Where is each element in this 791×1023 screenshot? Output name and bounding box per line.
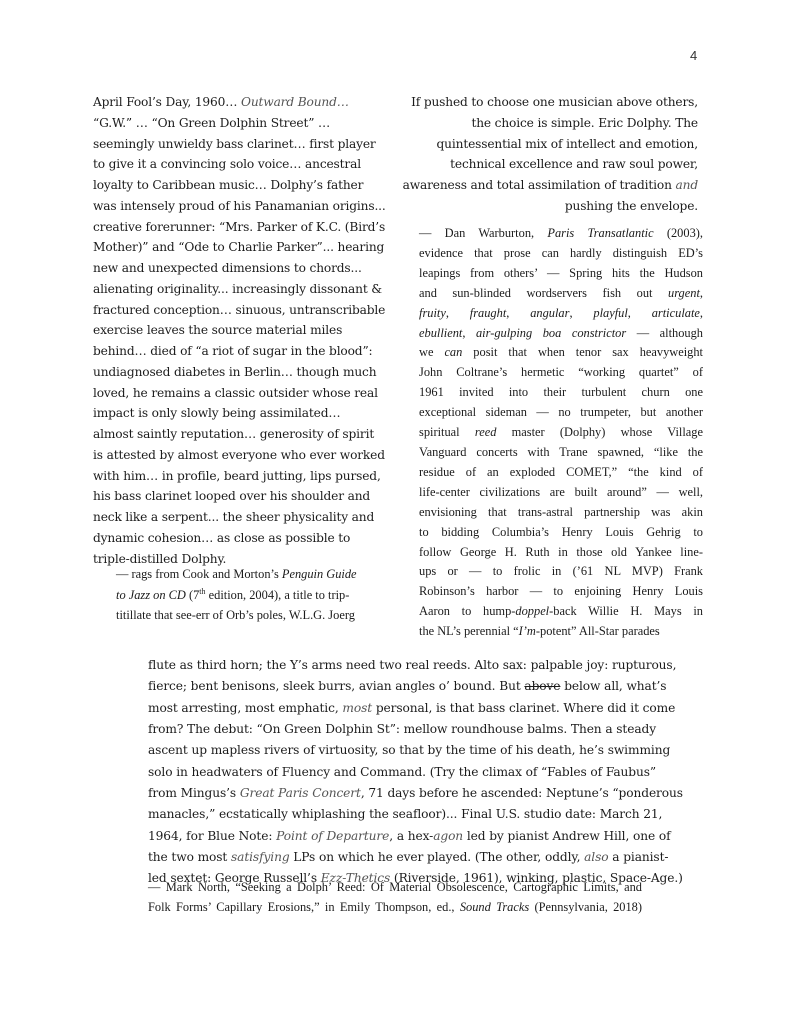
italic-text: ebullient [419, 326, 462, 340]
italic-text: can [444, 345, 462, 359]
text-line: April Fool’s Day, 1960… Outward Bound… [93, 92, 383, 113]
text-line: was intensely proud of his Panamanian or… [93, 196, 383, 217]
italic-text: reed [475, 425, 497, 439]
text-line: is attested by almost everyone who ever … [93, 445, 383, 466]
text-line: from? The debut: “On Green Dolphin St”: … [148, 719, 642, 740]
text-line: awareness and total assimilation of trad… [400, 175, 698, 196]
attribution-line: — rags from Cook and Morton’s Penguin Gu… [116, 564, 381, 585]
text-line: new and unexpected dimensions to chords.… [93, 258, 383, 279]
text-line: Mother)” and “Ode to Charlie Parker”... … [93, 237, 383, 258]
italic-text: I’m [519, 624, 536, 638]
text-line: John Coltrane’s hermetic “working quarte… [419, 363, 703, 383]
text-line: to bidding Columbia’s Henry Louis Gehrig… [419, 523, 703, 543]
text-line: ups or — to frolic in (’61 NL MVP) Frank [419, 562, 703, 582]
text-line: Folk Forms’ Capillary Erosions,” in Emil… [148, 898, 642, 918]
left-column-quote: April Fool’s Day, 1960… Outward Bound…“G… [93, 92, 383, 569]
right-column-attribution: — Dan Warburton, Paris Transatlantic (20… [419, 224, 703, 642]
text-line: technical excellence and raw soul power, [400, 154, 698, 175]
text-line: pushing the envelope. [400, 196, 698, 217]
text-line: seemingly unwieldy bass clarinet… first … [93, 134, 383, 155]
text-line: envisioning that trans-astral partnershi… [419, 503, 703, 523]
text-line: exceptional sideman — no trumpeter, but … [419, 403, 703, 423]
italic-text: also [584, 850, 608, 864]
italic-text: Outward Bound… [241, 95, 349, 109]
text-line: behind… died of “a riot of sugar in the … [93, 341, 383, 362]
text-line: residue of an exploded COMET,” “the kind… [419, 463, 703, 483]
text-line: alienating originality... increasingly d… [93, 279, 383, 300]
italic-text: and [676, 178, 698, 192]
text-line: impact is only slowly being assimilated… [93, 403, 383, 424]
italic-text: fruity [419, 306, 446, 320]
text-line: 1964, for Blue Note: Point of Departure,… [148, 826, 642, 847]
italic-text: air-gulping boa constrictor [476, 326, 626, 340]
text-line: evidence that prose can hardly distingui… [419, 244, 703, 264]
text-line: from Mingus’s Great Paris Concert, 71 da… [148, 783, 642, 804]
text-line: loved, he remains a classic outsider who… [93, 383, 383, 404]
book-title: to Jazz on CD [116, 588, 186, 602]
book-title: Penguin Guide [282, 567, 357, 581]
text-line: neck like a serpent... the sheer physica… [93, 507, 383, 528]
text-line: Robinson’s harbor — to enjoining Henry L… [419, 582, 703, 602]
text-line: flute as third horn; the Y’s arms need t… [148, 655, 642, 676]
struck-text: above [524, 679, 560, 693]
text-line: If pushed to choose one musician above o… [400, 92, 698, 113]
text-line: life-center civilizations are built arou… [419, 483, 703, 503]
text-line: Vanguard concerts with Trane spawned, “l… [419, 443, 703, 463]
text-line: spiritual reed master (Dolphy) whose Vil… [419, 423, 703, 443]
text-line: his bass clarinet looped over his should… [93, 486, 383, 507]
italic-text: satisfying [231, 850, 290, 864]
italic-text: Point of Departure [276, 829, 389, 843]
attribution-line: to Jazz on CD (7th edition, 2004), a tit… [116, 585, 381, 606]
text-line: we can posit that when tenor sax heavywe… [419, 343, 703, 363]
italic-text: urgent [668, 286, 700, 300]
text-line: the NL’s perennial “I’m-potent” All-Star… [419, 622, 703, 642]
text-line: leapings from others’ — Spring hits the … [419, 264, 703, 284]
page-number: 4 [690, 48, 697, 63]
bottom-quote-block: flute as third horn; the Y’s arms need t… [148, 655, 642, 890]
italic-text: playful [593, 306, 627, 320]
text-line: fierce; bent benisons, sleek burrs, avia… [148, 676, 642, 697]
text-line: dynamic cohesion… as close as possible t… [93, 528, 383, 549]
italic-text: most [342, 701, 372, 715]
text-line: undiagnosed diabetes in Berlin… though m… [93, 362, 383, 383]
text-line: 1961 invited into their turbulent churn … [419, 383, 703, 403]
text-line: solo in headwaters of Fluency and Comman… [148, 762, 642, 783]
text-line: the choice is simple. Eric Dolphy. The [400, 113, 698, 134]
text-line: quintessential mix of intellect and emot… [400, 134, 698, 155]
text-line: almost saintly reputation… generosity of… [93, 424, 383, 445]
italic-text: articulate [652, 306, 700, 320]
text-line: ascent up mapless rivers of virtuosity, … [148, 740, 642, 761]
text-line: with him… in profile, beard jutting, lip… [93, 466, 383, 487]
text-line: to give it a convincing solo voice… ance… [93, 154, 383, 175]
text-line: the two most satisfying LPs on which he … [148, 847, 642, 868]
text-line: — Mark North, “Seeking a Dolph’ Reed: Of… [148, 878, 642, 898]
text-line: and sun-blinded wordservers fish out urg… [419, 284, 703, 304]
italic-text: Paris Transatlantic [547, 226, 653, 240]
text-line: “G.W.” … “On Green Dolphin Street” … [93, 113, 383, 134]
italic-text: Sound Tracks [460, 900, 529, 914]
italic-text: Great Paris Concert [240, 786, 361, 800]
text-line: — Dan Warburton, Paris Transatlantic (20… [419, 224, 703, 244]
italic-text: fraught [470, 306, 507, 320]
text-line: manacles,” ecstatically whiplashing the … [148, 804, 642, 825]
bottom-attribution: — Mark North, “Seeking a Dolph’ Reed: Of… [148, 878, 642, 918]
italic-text: agon [433, 829, 463, 843]
text-line: exercise leaves the source material mile… [93, 320, 383, 341]
italic-text: angular [530, 306, 569, 320]
text-line: fruity, fraught, angular, playful, artic… [419, 304, 703, 324]
text-line: loyalty to Caribbean music… Dolphy’s fat… [93, 175, 383, 196]
text-line: fractured conception… sinuous, untranscr… [93, 300, 383, 321]
left-column-attribution: — rags from Cook and Morton’s Penguin Gu… [116, 564, 381, 626]
right-column-quote: If pushed to choose one musician above o… [400, 92, 698, 217]
text-line: ebullient, air-gulping boa constrictor —… [419, 324, 703, 344]
text-line: Aaron to hump-doppel-back Willie H. Mays… [419, 602, 703, 622]
italic-text: doppel [515, 604, 549, 618]
text-line: most arresting, most emphatic, most pers… [148, 698, 642, 719]
text-line: creative forerunner: “Mrs. Parker of K.C… [93, 217, 383, 238]
text-line: follow George H. Ruth in those old Yanke… [419, 543, 703, 563]
attribution-line: titillate that see-err of Orb’s poles, W… [116, 605, 381, 626]
